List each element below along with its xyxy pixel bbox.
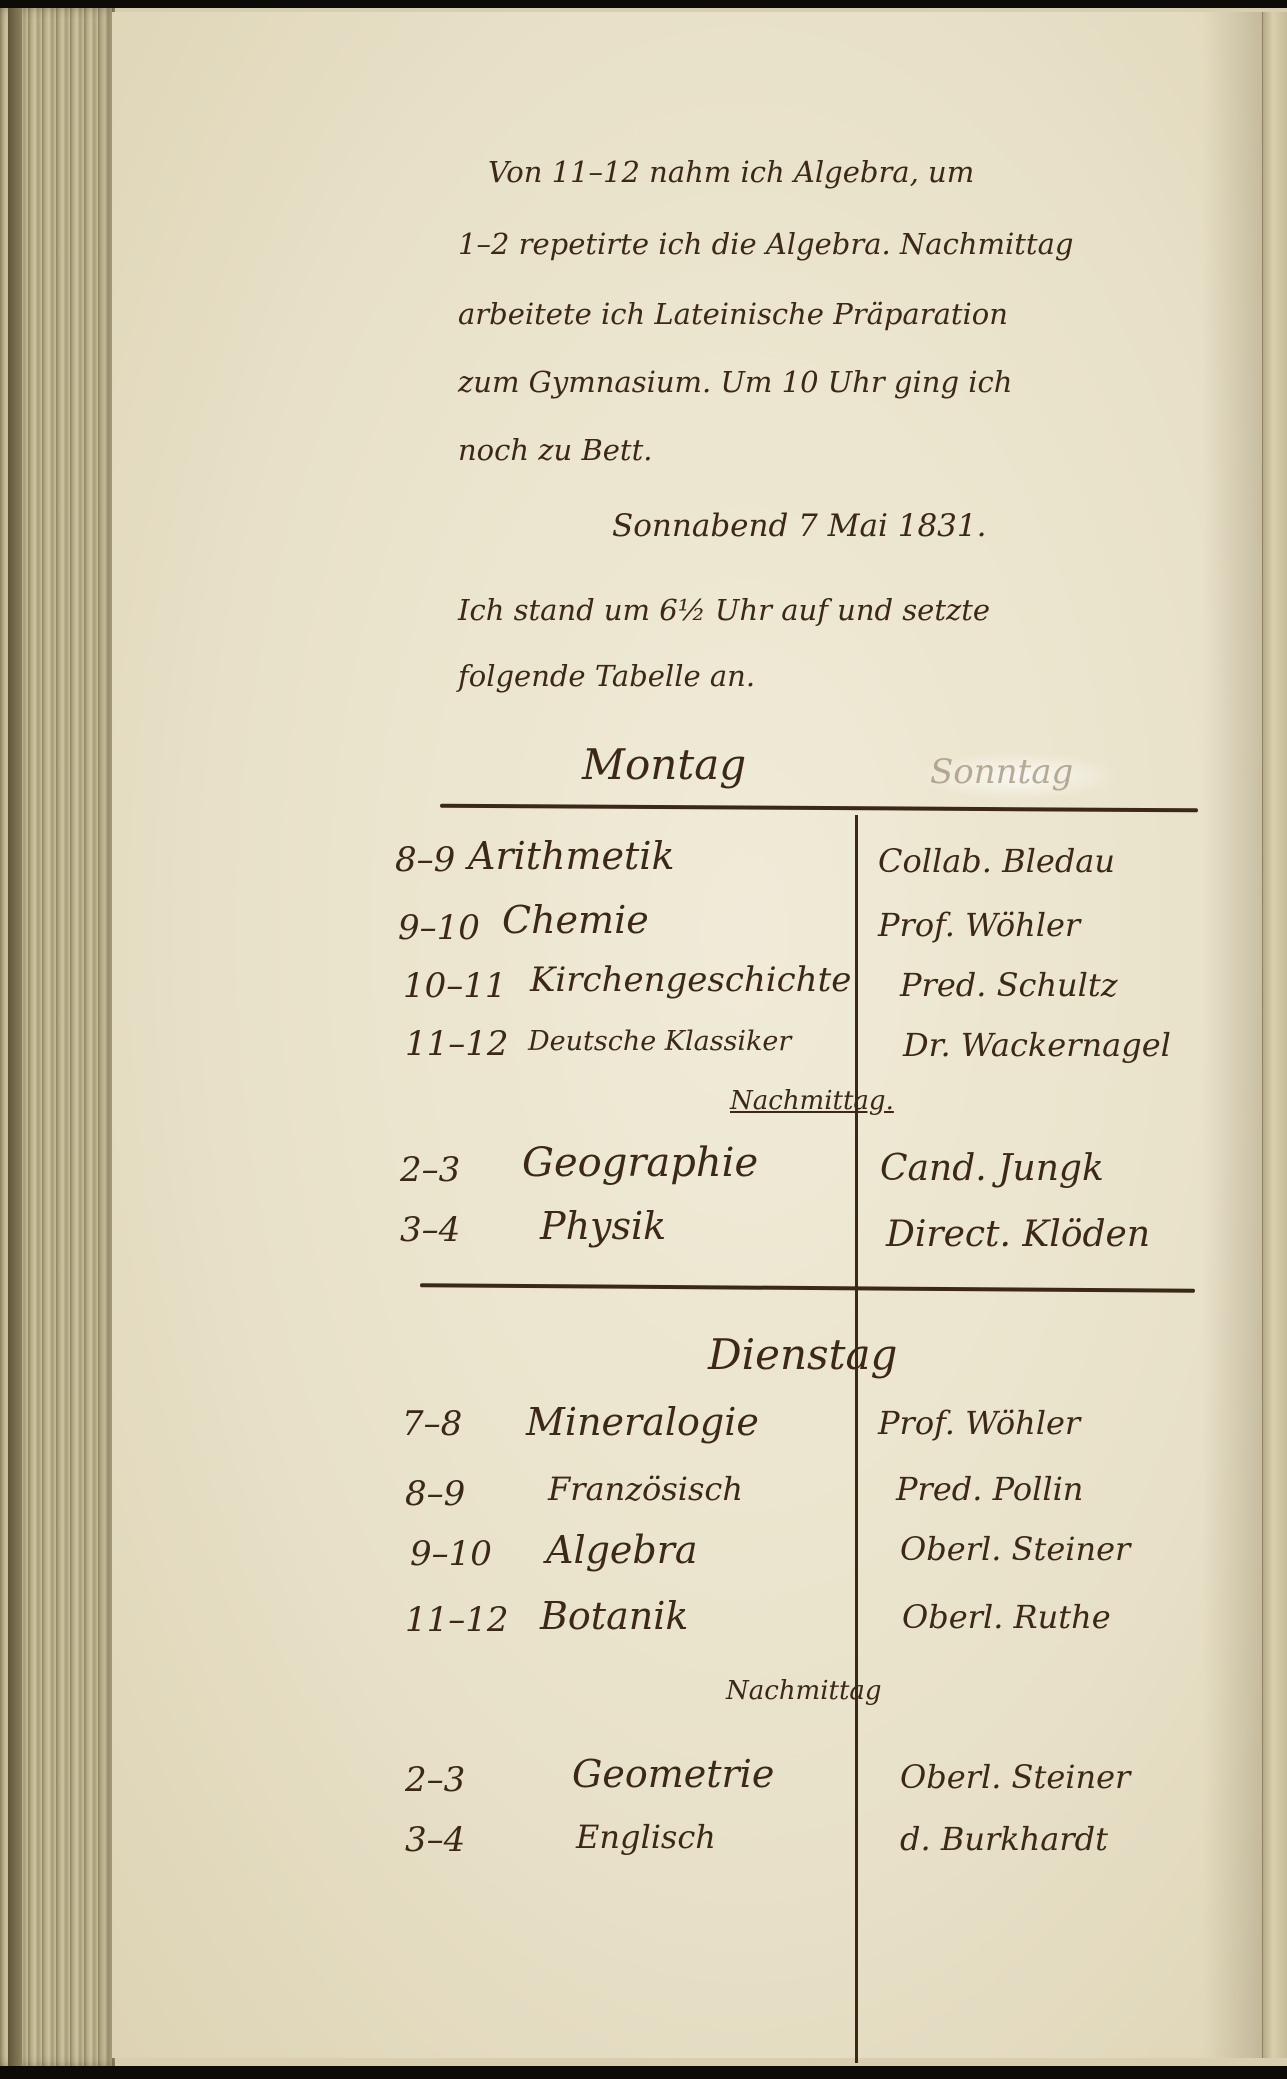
row-teacher: Prof. Wöhler [878,1404,1080,1442]
row-subject: Chemie [502,898,649,942]
row-subject: Geographie [522,1140,758,1186]
row-time: 8–9 [395,840,455,880]
bleed-through-text: Sonntag [930,752,1073,792]
afternoon-label: Nachmittag [726,1676,882,1706]
row-time: 2–3 [400,1150,460,1190]
row-teacher: Oberl. Steiner [900,1530,1130,1568]
entry-line: zum Gymnasium. Um 10 Uhr ging ich [458,350,1012,414]
row-teacher: Pred. Schultz [900,966,1118,1004]
row-subject: Algebra [546,1528,698,1572]
row-time: 11–12 [405,1024,509,1064]
row-time: 8–9 [405,1474,465,1514]
entry-line: arbeitete ich Lateinische Präparation [458,282,1008,346]
row-teacher: Oberl. Steiner [900,1758,1130,1796]
page-stack-edge [0,8,115,2066]
row-subject: Mineralogie [526,1400,759,1444]
entry-line: noch zu Bett. [458,418,652,482]
row-subject: Kirchengeschichte [530,960,851,1000]
row-teacher: Pred. Pollin [896,1470,1083,1508]
row-time: 7–8 [402,1404,462,1444]
row-subject: Physik [540,1204,666,1248]
entry-line: Von 11–12 nahm ich Algebra, um [488,140,974,204]
row-subject: Französisch [548,1470,743,1508]
row-time: 11–12 [405,1600,509,1640]
row-time: 9–10 [410,1534,492,1574]
row-time: 2–3 [405,1760,465,1800]
row-time: 3–4 [405,1820,465,1860]
row-subject: Botanik [540,1594,688,1638]
entry-line: 1–2 repetirte ich die Algebra. Nachmitta… [458,212,1073,276]
row-teacher: Direct. Klöden [886,1214,1150,1255]
row-time: 3–4 [400,1210,460,1250]
row-teacher: Oberl. Ruthe [902,1598,1111,1636]
row-subject: Geometrie [572,1752,774,1796]
row-teacher: Cand. Jungk [880,1148,1104,1189]
day-heading-monday: Montag [582,740,746,789]
row-teacher: Prof. Wöhler [878,906,1080,944]
day-heading-tuesday: Dienstag [708,1330,897,1379]
row-subject: Arithmetik [468,834,674,878]
intro-line: folgende Tabelle an. [458,644,755,708]
facing-page-edge [1262,12,1287,2058]
row-time: 10–11 [403,966,507,1006]
intro-line: Ich stand um 6½ Uhr auf und setzte [458,578,990,642]
row-teacher: Collab. Bledau [878,842,1115,880]
row-teacher: d. Burkhardt [900,1820,1108,1858]
row-teacher: Dr. Wackernagel [903,1026,1171,1064]
row-subject: Englisch [576,1818,716,1856]
row-subject: Deutsche Klassiker [528,1026,791,1057]
date-heading: Sonnabend 7 Mai 1831. [612,494,986,558]
table-column-divider [855,815,858,2063]
afternoon-label: Nachmittag. [730,1086,894,1116]
row-time: 9–10 [398,908,480,948]
